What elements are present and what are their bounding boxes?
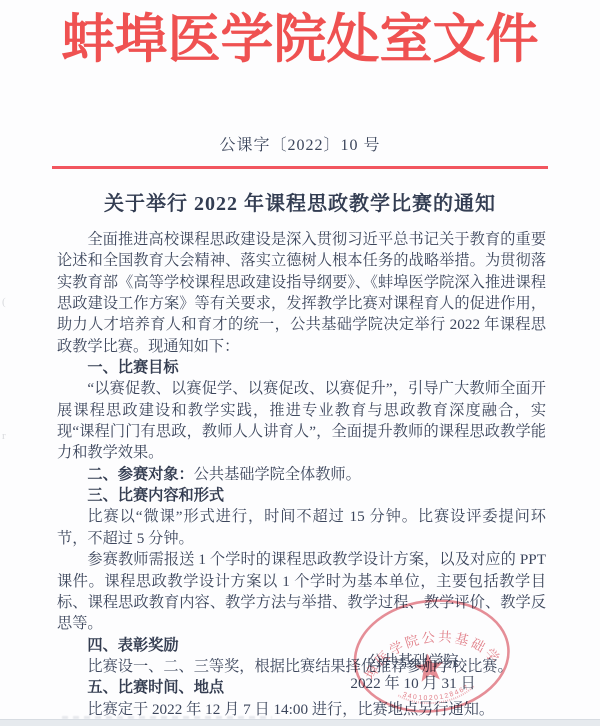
seal-star-icon (413, 652, 446, 683)
official-seal-stamp: 蚌埠医学院公共基础学院 3401020128467 (341, 584, 523, 726)
document-header-title: 蚌埠医学院处室文件 (0, 4, 600, 76)
body-paragraph: 比赛以“微课”形式进行，时间不超过 15 分钟。比赛设评委提问环节，不超过 5 … (57, 506, 546, 549)
red-separator-line (52, 166, 548, 169)
document-number: 公课字〔2022〕10 号 (0, 136, 600, 156)
body-paragraph: 全面推进高校课程思政建设是深入贯彻习近平总书记关于教育的重要论述和全国教育大会精… (57, 229, 546, 357)
notice-title: 关于举行 2022 年课程思政教学比赛的通知 (0, 190, 600, 218)
scan-page-edge (0, 719, 600, 726)
document-page: 蚌埠医学院处室文件 公课字〔2022〕10 号 关于举行 2022 年课程思政教… (0, 0, 600, 726)
section-heading: 三、比赛内容和形式 (57, 485, 546, 506)
section-heading-inline: 二、参赛对象：公共基础学院全体教师。 (57, 464, 546, 485)
scan-artifact-left-1: ( (2, 296, 6, 308)
section-heading-text: 公共基础学院全体教师。 (194, 466, 361, 483)
body-paragraph: “以赛促教、以赛促学、以赛促改、以赛促升”，引导广大教师全面开展课程思政建设和教… (57, 378, 546, 463)
section-heading: 一、比赛目标 (57, 357, 546, 378)
scan-artifact-left-2: r (2, 430, 6, 442)
section-heading-label: 二、参赛对象： (87, 466, 193, 483)
